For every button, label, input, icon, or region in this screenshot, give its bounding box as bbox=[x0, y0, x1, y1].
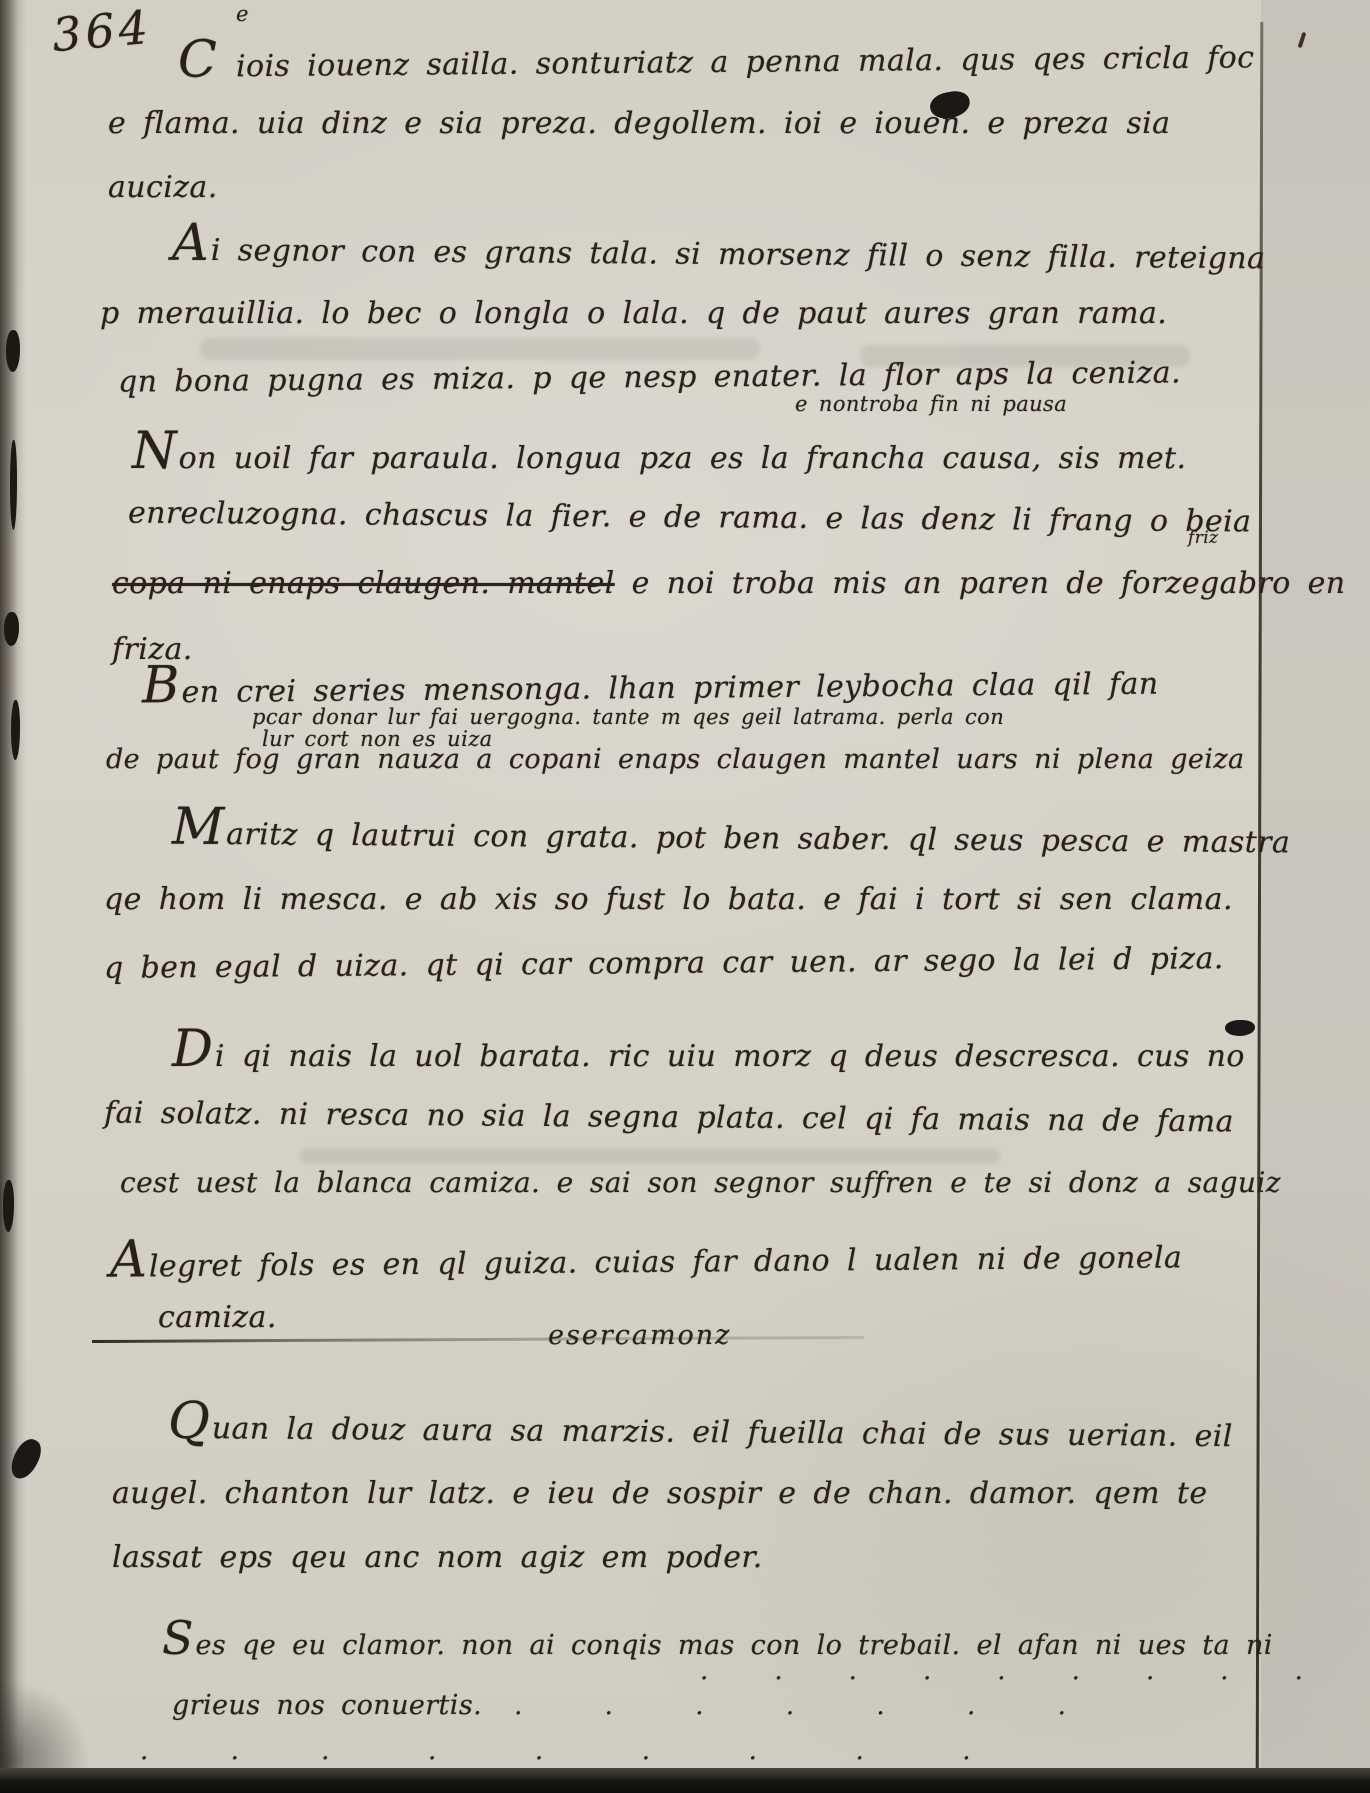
verse-line: e flama. uia dinz e sia preza. degollem.… bbox=[108, 106, 1170, 141]
show-through-smudge bbox=[200, 338, 760, 360]
filler-dots: . . . . . . . . . bbox=[140, 1736, 972, 1766]
interlinear-insertion: e bbox=[236, 2, 249, 26]
outer-margin-area bbox=[1261, 0, 1370, 1793]
separator-rule bbox=[92, 1336, 864, 1343]
corner-smudge bbox=[0, 1680, 90, 1780]
verse-line: Ses qe eu clamor. non ai conqis mas con … bbox=[162, 1620, 1273, 1661]
page-bottom-edge bbox=[0, 1768, 1370, 1793]
verse-line: Di qi nais la uol barata. ric uiu morz q… bbox=[172, 1030, 1245, 1074]
verse-line: Quan la douz aura sa marzis. eil fueilla… bbox=[168, 1402, 1233, 1454]
verse-line: Ben crei series mensonga. lhan primer le… bbox=[142, 658, 1159, 711]
manuscript-page: 364 e C iois iouenz sailla. sonturiatz a… bbox=[0, 0, 1370, 1793]
verse-line: C iois iouenz sailla. sonturiatz a penna… bbox=[178, 31, 1255, 84]
struck-text: copa ni enaps claugen. mantel bbox=[112, 566, 615, 601]
verse-line: enrecluzogna. chascus la fier. e de rama… bbox=[128, 496, 1252, 540]
folio-number: 364 bbox=[50, 0, 154, 62]
verse-line: Ai segnor con es grans tala. si morsenz … bbox=[172, 224, 1266, 277]
verse-line: q ben egal d uiza. qt qi car compra car … bbox=[104, 941, 1224, 986]
verse-line: cest uest la blanca camiza. e sai son se… bbox=[120, 1166, 1281, 1199]
verse-line: qe hom li mesca. e ab xis so fust lo bat… bbox=[104, 882, 1233, 917]
author-heading: esercamonz bbox=[548, 1320, 731, 1351]
verse-line: lassat eps qeu anc nom agiz em poder. bbox=[112, 1540, 763, 1575]
show-through-smudge bbox=[300, 1148, 1000, 1164]
interlinear-insertion: pcar donar lur fai uergogna. tante m qes… bbox=[252, 705, 1004, 729]
verse-line: grieus nos conuertis. . . . . . . . bbox=[172, 1690, 1067, 1721]
verse-line: fai solatz. ni resca no sia la segna pla… bbox=[104, 1096, 1234, 1140]
verse-line-text: grieus nos conuertis. bbox=[172, 1690, 482, 1721]
verse-line: Non uoil far paraula. longua pza es la f… bbox=[132, 432, 1186, 476]
verse-line: augel. chanton lur latz. e ieu de sospir… bbox=[112, 1476, 1208, 1511]
interlinear-insertion: friz bbox=[1188, 528, 1218, 548]
interlinear-insertion: e nontroba fin ni pausa bbox=[795, 392, 1067, 416]
verse-line: copa ni enaps claugen. mantel e noi trob… bbox=[112, 566, 1346, 601]
verse-line: p merauillia. lo bec o longla o lala. q … bbox=[100, 296, 1167, 331]
binding-edge bbox=[0, 0, 26, 1793]
filler-dots: . . . . . . . . . bbox=[700, 1656, 1304, 1686]
verse-line: Maritz q lautrui con grata. pot ben sabe… bbox=[172, 808, 1291, 861]
verse-line: Alegret fols es en ql guiza. cuias far d… bbox=[110, 1231, 1183, 1284]
filler-dots: . . . . . . . bbox=[514, 1691, 1067, 1721]
verse-line: de paut fog gran nauza a copani enaps cl… bbox=[106, 744, 1244, 775]
verse-line-continuation: e noi troba mis an paren de forzegabro e… bbox=[615, 566, 1346, 601]
verse-line: auciza. bbox=[108, 170, 218, 205]
verse-line: camiza. bbox=[158, 1300, 277, 1335]
